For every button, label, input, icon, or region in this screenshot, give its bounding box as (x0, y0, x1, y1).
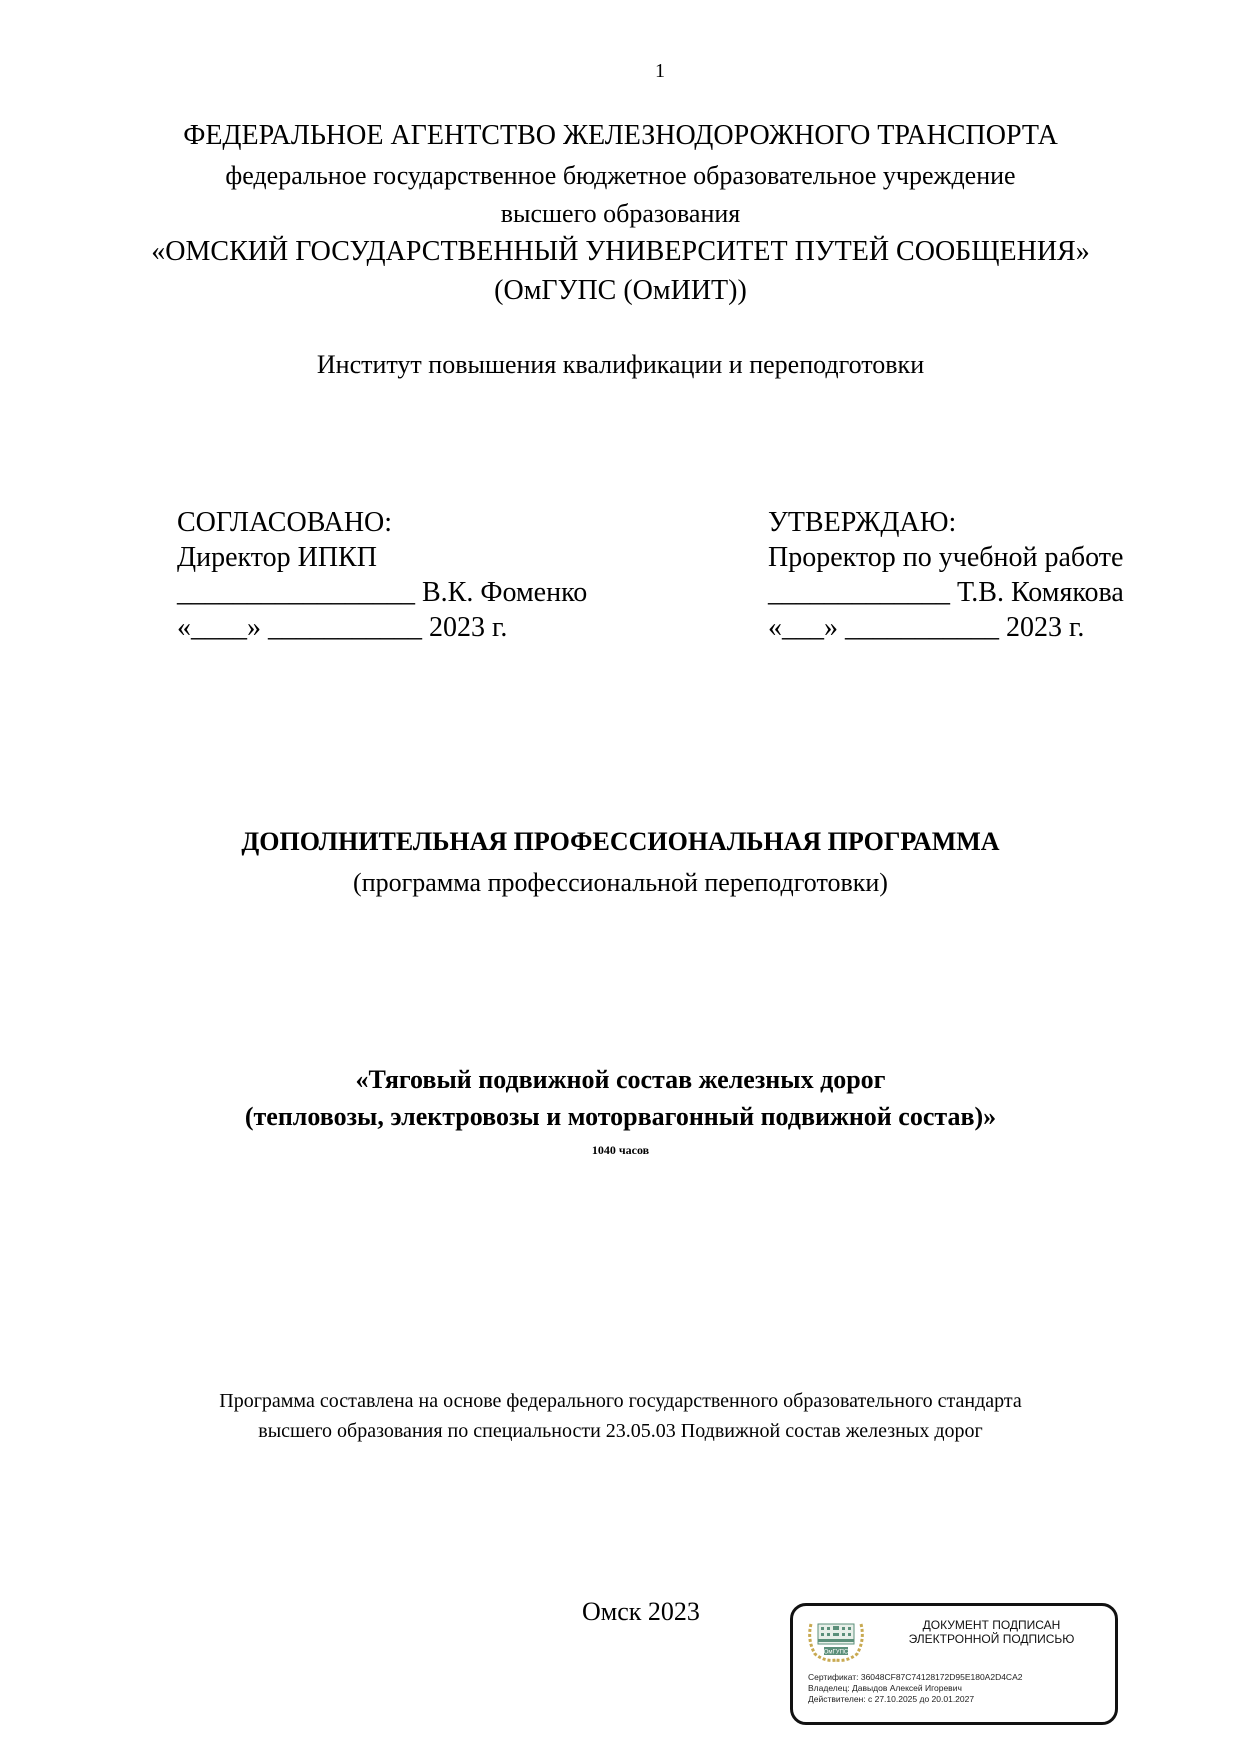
agreed-block: СОГЛАСОВАНО: Директор ИПКП _____________… (177, 505, 587, 645)
stamp-title-line1: ДОКУМЕНТ ПОДПИСАН (889, 1618, 1094, 1632)
stamp-info: Сертификат: 36048CF87C74128172D95E180A2D… (808, 1672, 1022, 1705)
course-title-line1: «Тяговый подвижной состав железных дорог (0, 1065, 1241, 1095)
stamp-title-line2: ЭЛЕКТРОННОЙ ПОДПИСЬЮ (889, 1632, 1094, 1646)
basis-line1: Программа составлена на основе федеральн… (0, 1390, 1241, 1413)
agreed-signature-line: _________________ В.К. Фоменко (177, 575, 587, 610)
svg-text:ОмГУПС: ОмГУПС (824, 1650, 849, 1656)
approved-signature-line: _____________ Т.В. Комякова (768, 575, 1124, 610)
stamp-title: ДОКУМЕНТ ПОДПИСАН ЭЛЕКТРОННОЙ ПОДПИСЬЮ (889, 1618, 1094, 1646)
program-title: ДОПОЛНИТЕЛЬНАЯ ПРОФЕССИОНАЛЬНАЯ ПРОГРАММ… (0, 827, 1241, 857)
course-title-line2: (тепловозы, электровозы и моторвагонный … (0, 1102, 1241, 1132)
program-subtitle: (программа профессиональной переподготов… (0, 868, 1241, 898)
agency-name: ФЕДЕРАЛЬНОЕ АГЕНТСТВО ЖЕЛЕЗНОДОРОЖНОГО Т… (0, 117, 1241, 155)
university-abbreviation: (ОмГУПС (ОмИИТ)) (0, 272, 1241, 310)
basis-line2: высшего образования по специальности 23.… (0, 1420, 1241, 1443)
stamp-validity: Действителен: с 27.10.2025 до 20.01.2027 (808, 1694, 1022, 1705)
institution-type: федеральное государственное бюджетное об… (0, 157, 1241, 195)
agreed-date-line: «____» ___________ 2023 г. (177, 610, 587, 645)
approved-block: УТВЕРЖДАЮ: Проректор по учебной работе _… (768, 505, 1124, 645)
university-logo-icon: ОмГУПС (805, 1618, 867, 1664)
university-name: «ОМСКИЙ ГОСУДАРСТВЕННЫЙ УНИВЕРСИТЕТ ПУТЕ… (0, 233, 1241, 271)
stamp-certificate: Сертификат: 36048CF87C74128172D95E180A2D… (808, 1672, 1022, 1683)
agreed-heading: СОГЛАСОВАНО: (177, 505, 587, 540)
approved-heading: УТВЕРЖДАЮ: (768, 505, 1124, 540)
stamp-owner: Владелец: Давыдов Алексей Игоревич (808, 1683, 1022, 1694)
page-number: 1 (655, 60, 665, 83)
agreed-position: Директор ИПКП (177, 540, 587, 575)
approved-date-line: «___» ___________ 2023 г. (768, 610, 1124, 645)
course-hours: 1040 часов (0, 1143, 1241, 1158)
institution-type-level: высшего образования (0, 195, 1241, 233)
institute-name: Институт повышения квалификации и перепо… (0, 350, 1241, 380)
city-year: Омск 2023 (582, 1597, 700, 1627)
approved-position: Проректор по учебной работе (768, 540, 1124, 575)
electronic-signature-stamp: ОмГУПС ДОКУМЕНТ ПОДПИСАН ЭЛЕКТРОННОЙ ПОД… (790, 1603, 1118, 1725)
